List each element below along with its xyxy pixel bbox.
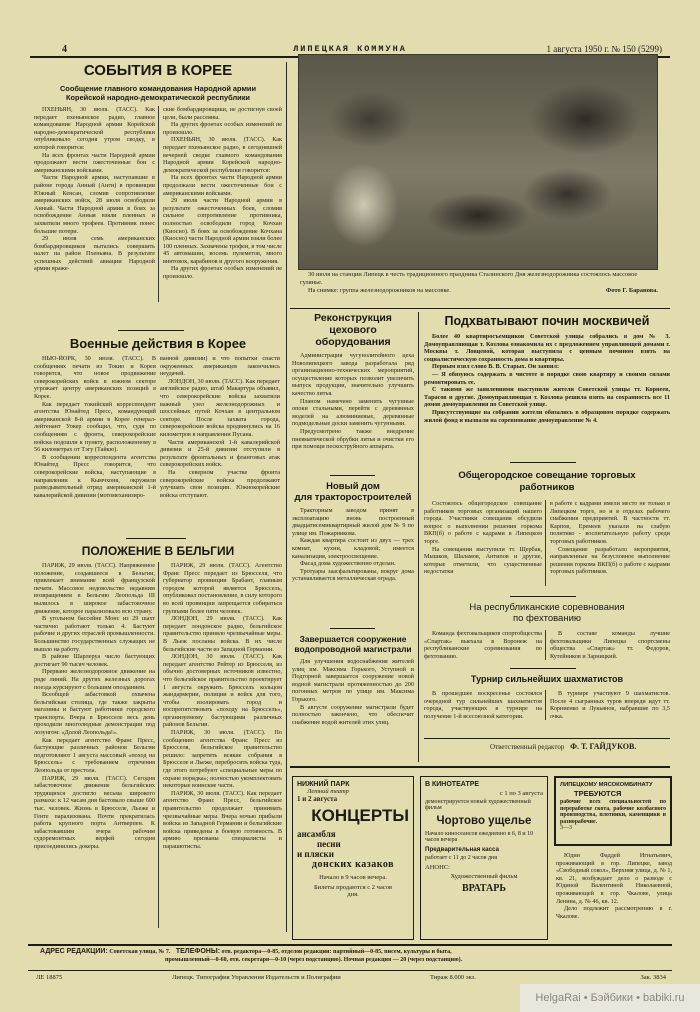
paragraph: ПХЕНЬЯН, 30 июля. (ТАСС). Как передает п… — [34, 106, 155, 152]
separator — [510, 668, 576, 669]
paragraph: — Я обязуюсь содержать в чистоте и поряд… — [424, 371, 670, 386]
headline: Общегородское совещание торговых работни… — [424, 470, 670, 494]
paragraph: ПАРИЖ, 30 июля. (ТАСС). Как передает аге… — [163, 790, 282, 851]
column-1: ПХЕНЬЯН, 30 июля. (ТАСС). Как передает п… — [34, 106, 159, 302]
paragraph: В прошедшее воскресенье состоялся очеред… — [424, 690, 542, 720]
column-1: В прошедшее воскресенье состоялся очеред… — [424, 690, 546, 720]
column-divider — [418, 312, 419, 762]
ads-top-rule — [290, 766, 670, 768]
ad-cinema: В КИНОТЕАТРЕ с 1 по 3 августа демонстрир… — [420, 776, 548, 940]
separator — [330, 628, 375, 629]
paragraph: В составе команды лучшие фехтовальщики Л… — [550, 630, 670, 660]
separator — [424, 738, 670, 739]
column-2: ские бомбардировщики, не достигнув своей… — [163, 106, 282, 302]
imprint-circulation: Тираж 8.000 экз. — [430, 974, 476, 981]
headline-line: цехового оборудования — [292, 324, 414, 348]
footer-top-rule — [28, 944, 672, 946]
column-2: В составе команды лучшие фехтовальщики Л… — [550, 630, 670, 660]
ad-headline: ТРЕБУЮТСЯ — [560, 789, 666, 798]
paragraph: НЬЮ-ЙОРК, 30 июля. (ТАСС). В сообщениях … — [34, 355, 156, 401]
paragraph: Всеобщей забастовкой охвачена бельгийска… — [34, 691, 155, 737]
paragraph: Администрация чугунолитейного цеха Новол… — [292, 352, 414, 398]
divorce-notice: Юдин Фаддей Игнатьевич, проживающий в го… — [556, 852, 672, 938]
paragraph: Более 40 квартиросъемщиков Советской ули… — [424, 333, 670, 363]
column-2: ПАРИЖ, 29 июля. (ТАСС). Агентство Франс … — [163, 562, 282, 928]
phones-line: промышленный—0-60, отв. секретаря—0-10 (… — [30, 956, 670, 964]
paragraph: В сообщении корреспондента агентства Юна… — [34, 454, 156, 500]
article-body: Более 40 квартиросъемщиков Советской ули… — [424, 333, 670, 451]
paragraph: ПАРИЖ, 30 июля. (ТАСС). По сообщению аге… — [163, 729, 282, 790]
ad-line: и пляски — [297, 849, 409, 859]
paragraph: Для улучшения водоснабжения жителей улиц… — [292, 658, 414, 704]
paragraph: ЛОНДОН, 30 июля. (ТАСС). Как передает ан… — [160, 378, 280, 439]
article-chess: Турнир сильнейших шахматистов В прошедше… — [424, 674, 670, 720]
paragraph: С такими же заявлениями выступили жители… — [424, 386, 670, 409]
phones-label: ТЕЛЕФОНЫ: — [176, 948, 220, 955]
column-divider — [286, 62, 287, 932]
paragraph: На совещании выступили тт. Щербак, Мышко… — [424, 546, 542, 576]
headline-line: для тракторостроителей — [292, 492, 414, 503]
separator — [510, 462, 576, 463]
ad-line: донских казаков — [297, 859, 409, 870]
headline: Завершается сооружение водопроводной маг… — [292, 634, 414, 654]
paragraph: Команда фехтовальщиков спортобщества «Сп… — [424, 630, 542, 660]
paragraph: В районе Шарлеруа число бастующих достиг… — [34, 653, 155, 668]
paragraph: В турнире участвуют 9 шахматистов. После… — [550, 690, 670, 720]
paragraph: ванной дивизии) и что попытки спасти окр… — [160, 355, 280, 378]
ad-tickets: Билеты продаются с 2 часов дня. — [297, 884, 409, 898]
ad-start-time: Начало в 9 часов вечера. — [297, 874, 409, 881]
issue-date: 1 августа 1950 г. № 150 (5299) — [547, 44, 662, 54]
headline: На республиканские соревнования по фехто… — [424, 602, 670, 624]
notice-note: Дело подлежит рассмотрению в г. Чкалове. — [556, 905, 672, 920]
separator — [118, 330, 184, 331]
ad-theatre: Летний театр — [297, 788, 409, 795]
ad-announce-intro: Художественный фильм — [425, 873, 543, 880]
paragraph: Тротуары заасфальтированы, вокруг дома у… — [292, 568, 414, 583]
headline: Подхватывают почин москвичей — [424, 314, 670, 328]
headline-line: Завершается сооружение — [292, 634, 414, 644]
caption-subtext: На снимке: группа железнодорожников на м… — [300, 287, 451, 295]
article-reconstruction: Реконструкция цехового оборудования Адми… — [292, 312, 414, 464]
paragraph: В августе сооружение магистрали будет по… — [292, 704, 414, 727]
column-2: ванной дивизии) и что попытки спасти окр… — [160, 355, 280, 523]
headline: СОБЫТИЯ В КОРЕЕ — [34, 62, 282, 79]
paragraph: Планом намечено заменить чугунные опоки … — [292, 398, 414, 428]
imprint-printer: Липецк. Типография Управления Издательст… — [172, 974, 341, 981]
watermark: HelgaRai • Бэйбики • babiki.ru — [520, 984, 700, 1012]
paragraph: ПАРИЖ, 29 июля. (ТАСС). Сегодня забастов… — [34, 775, 155, 851]
ad-box-office-label: Предварительная касса — [425, 846, 543, 853]
paragraph: ЛОНДОН, 29 июля. (ТАСС). Как передает ло… — [163, 615, 282, 653]
paragraph: Предусмотрено также внедрение пневматиче… — [292, 428, 414, 451]
paragraph: Совещание разработало мероприятия, напра… — [550, 546, 670, 576]
article-body: Тракторным заводом принят в эксплоатацию… — [292, 507, 414, 633]
paragraph: Как передает токийский корреспондент аге… — [34, 401, 156, 454]
phones-line: отв. редактора—0-85, отделов редакции: п… — [222, 949, 452, 955]
paragraph: 29 июля части Народной армии в результат… — [163, 197, 282, 265]
paragraph: На северном участке фронта северокорейск… — [160, 469, 280, 499]
paragraph: Первым взял слово В. В. Старых. Он заяви… — [424, 363, 670, 371]
paragraph: Как передает агентство Франс Пресс, баст… — [34, 737, 155, 775]
paragraph: На других фронтах особых изменений не пр… — [163, 265, 282, 280]
caption-text: 30 июля на станции Липецк в честь традиц… — [300, 271, 658, 287]
ad-film-title: Чортово ущелье — [425, 815, 543, 827]
article-belgium: ПОЛОЖЕНИЕ В БЕЛЬГИИ ПАРИЖ, 29 июля. (ТАС… — [34, 544, 282, 928]
paragraph: ПХЕНЬЯН, 30 июля. (ТАСС). Как передает п… — [163, 136, 282, 174]
column-2: в работе с кадрами имели место не только… — [550, 500, 670, 586]
footer-address: АДРЕС РЕДАКЦИИ: Советская улица, № 7. ТЕ… — [30, 948, 670, 964]
separator — [330, 475, 375, 476]
article-moscow-initiative: Подхватывают почин москвичей Более 40 кв… — [424, 314, 670, 451]
ad-dates: 1 и 2 августа — [297, 795, 409, 803]
ad-intro: демонстрируется новый художественный фил… — [425, 799, 543, 811]
column-2: В турнире участвуют 9 шахматистов. После… — [550, 690, 670, 720]
notice-text: Юдин Фаддей Игнатьевич, проживающий в го… — [556, 852, 672, 905]
headline-line: по фехтованию — [424, 613, 670, 624]
headline-line: Реконструкция — [292, 312, 414, 324]
paragraph: 29 июля семь американских бомбардировщик… — [34, 235, 155, 273]
ad-line: песни — [297, 839, 409, 849]
paragraph: в работе с кадрами имели место не только… — [550, 500, 670, 546]
photo-caption: 30 июля на станции Липецк в честь традиц… — [300, 271, 658, 295]
paragraph: Тракторным заводом принят в эксплоатацию… — [292, 507, 414, 537]
ad-text: рабочие всех специальностей по переработ… — [560, 799, 666, 825]
photo-credit: Фото Г. Баранова. — [606, 287, 658, 295]
headline: ПОЛОЖЕНИЕ В БЕЛЬГИИ — [34, 544, 282, 558]
photo-railway-workers — [298, 54, 658, 270]
ad-headline: КОНЦЕРТЫ — [297, 806, 409, 826]
ad-dates: с 1 по 3 августа — [425, 790, 543, 797]
ad-announce-film: ВРАТАРЬ — [425, 883, 543, 894]
headline-line: На республиканские соревнования — [424, 602, 670, 613]
paragraph: ские бомбардировщики, не достигнув своей… — [163, 106, 282, 121]
footer-bottom-rule — [28, 970, 672, 971]
subheadline: Сообщение главного командования Народной… — [46, 84, 270, 102]
paragraph: На всех фронтах части Народной армии про… — [34, 152, 155, 175]
article-trade-meeting: Общегородское совещание торговых работни… — [424, 470, 670, 586]
article-water-main: Завершается сооружение водопроводной маг… — [292, 634, 414, 768]
imprint-order: Зак. 3834 — [640, 974, 666, 981]
article-new-house: Новый дом для тракторостроителей Трактор… — [292, 481, 414, 633]
paragraph: ПАРИЖ, 29 июля. (ТАСС). Напряженное поло… — [34, 562, 155, 615]
paragraph: Части Народной армии, наступавшие в райо… — [34, 174, 155, 235]
paragraph: ПАРИЖ, 29 июля. (ТАСС). Агентство Франс … — [163, 562, 282, 615]
ad-box-office-hours: работает с 11 до 2 часов дня — [425, 855, 543, 861]
ad-announce-label: АНОНС: — [425, 864, 543, 871]
address-value: Советская улица, № 7. — [109, 949, 170, 955]
ad-park-concerts: НИЖНИЙ ПАРК Летний театр 1 и 2 августа К… — [292, 776, 414, 940]
paragraph: В угольном бассейне Монс из 29 шахт част… — [34, 615, 155, 653]
ad-venue: В КИНОТЕАТРЕ — [425, 781, 543, 788]
paragraph: ЛОНДОН, 30 июля. (ТАСС). Как передает аг… — [163, 653, 282, 729]
imprint-code: ЛЕ 18875 — [36, 974, 62, 981]
paragraph: Прервано железнодорожное движение на ряд… — [34, 668, 155, 691]
ad-line: ансамбля — [297, 829, 409, 839]
article-body: Администрация чугунолитейного цеха Новол… — [292, 352, 414, 464]
paragraph: На других фронтах особых изменений не пр… — [163, 121, 282, 136]
headline-line: водопроводной магистрали — [292, 644, 414, 654]
column-1: Состоялось общегородское совещание работ… — [424, 500, 546, 586]
headline: Турнир сильнейших шахматистов — [424, 674, 670, 684]
article-korea-events: СОБЫТИЯ В КОРЕЕ Сообщение главного коман… — [34, 60, 282, 302]
editor-credit: Ответственный редактор Ф. Т. ГАЙДУКОВ. — [490, 742, 670, 751]
paragraph: Присутствующие на собрании жители обязал… — [424, 409, 670, 424]
separator — [290, 308, 670, 309]
headline: Новый дом для тракторостроителей — [292, 481, 414, 503]
paragraph: На всех фронтах части Народной армии про… — [163, 174, 282, 197]
paragraph: Фасад дома художественно отделан. — [292, 560, 414, 568]
headline-line: Новый дом — [292, 481, 414, 492]
ad-sessions: Начало киносеансов ежедневно в 6, 8 и 10… — [425, 831, 543, 843]
column-1: Команда фехтовальщиков спортобщества «Сп… — [424, 630, 546, 660]
ad-code: 3—3 — [560, 825, 666, 831]
separator — [126, 538, 186, 539]
article-body: Для улучшения водоснабжения жителей улиц… — [292, 658, 414, 768]
editor-name: Ф. Т. ГАЙДУКОВ. — [570, 742, 636, 751]
ad-venue: НИЖНИЙ ПАРК — [297, 781, 409, 788]
paragraph: Состоялось общегородское совещание работ… — [424, 500, 542, 546]
headline: Военные действия в Корее — [34, 336, 282, 351]
separator — [510, 596, 576, 597]
column-1: НЬЮ-ЙОРК, 30 июля. (ТАСС). В сообщениях … — [34, 355, 156, 523]
paragraph: Каждая квартира состоит из двух — трех к… — [292, 537, 414, 560]
article-military-korea: Военные действия в Корее НЬЮ-ЙОРК, 30 ию… — [34, 336, 282, 523]
ad-meat-plant: ЛИПЕЦКОМУ МЯСОКОМБИНАТУ ТРЕБУЮТСЯ рабочи… — [554, 776, 672, 846]
ad-employer: ЛИПЕЦКОМУ МЯСОКОМБИНАТУ — [560, 782, 666, 788]
editor-label: Ответственный редактор — [490, 743, 564, 751]
paragraph: Части американской 1-й кавалерийской див… — [160, 439, 280, 469]
address-label: АДРЕС РЕДАКЦИИ: — [40, 948, 108, 955]
headline: Реконструкция цехового оборудования — [292, 312, 414, 348]
column-1: ПАРИЖ, 29 июля. (ТАСС). Напряженное поло… — [34, 562, 159, 928]
article-fencing: На республиканские соревнования по фехто… — [424, 602, 670, 660]
